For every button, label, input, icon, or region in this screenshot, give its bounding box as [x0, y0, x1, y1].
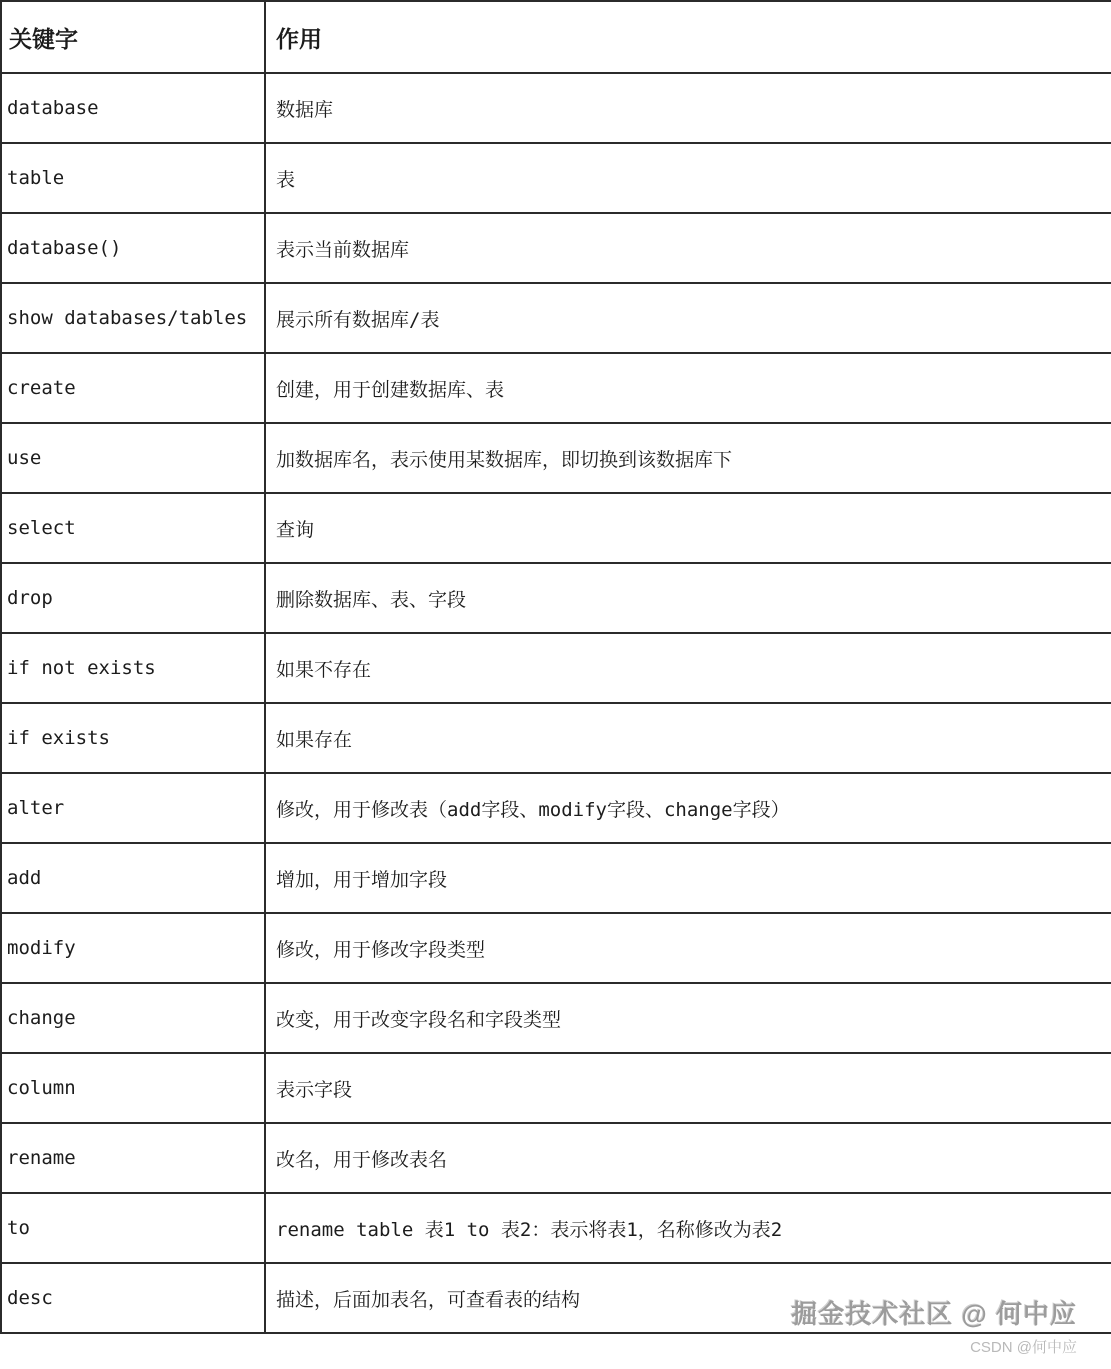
usage-cell: 改变，用于改变字段名和字段类型	[265, 983, 1111, 1053]
table-row: modify修改，用于修改字段类型	[1, 913, 1111, 983]
table-row: drop删除数据库、表、字段	[1, 563, 1111, 633]
table-row: change改变，用于改变字段名和字段类型	[1, 983, 1111, 1053]
table-body: database数据库table表database()表示当前数据库show d…	[1, 73, 1111, 1333]
keyword-cell: if exists	[1, 703, 265, 773]
keyword-cell: rename	[1, 1123, 265, 1193]
table-row: use加数据库名，表示使用某数据库，即切换到该数据库下	[1, 423, 1111, 493]
page: 关键字 作用 database数据库table表database()表示当前数据…	[0, 0, 1111, 1369]
keyword-cell: database	[1, 73, 265, 143]
keyword-cell: column	[1, 1053, 265, 1123]
usage-cell: 表示字段	[265, 1053, 1111, 1123]
keyword-cell: create	[1, 353, 265, 423]
keyword-cell: if not exists	[1, 633, 265, 703]
keyword-cell: modify	[1, 913, 265, 983]
usage-cell: 修改，用于修改字段类型	[265, 913, 1111, 983]
table-row: add增加，用于增加字段	[1, 843, 1111, 913]
usage-cell: 修改，用于修改表（add字段、modify字段、change字段）	[265, 773, 1111, 843]
keyword-cell: add	[1, 843, 265, 913]
table-row: show databases/tables展示所有数据库/表	[1, 283, 1111, 353]
usage-cell: 查询	[265, 493, 1111, 563]
keyword-cell: drop	[1, 563, 265, 633]
sql-keywords-table: 关键字 作用 database数据库table表database()表示当前数据…	[0, 0, 1111, 1334]
table-row: if exists如果存在	[1, 703, 1111, 773]
usage-cell: 创建，用于创建数据库、表	[265, 353, 1111, 423]
keyword-cell: table	[1, 143, 265, 213]
keyword-cell: select	[1, 493, 265, 563]
table-row: table表	[1, 143, 1111, 213]
usage-cell: 如果不存在	[265, 633, 1111, 703]
header-usage: 作用	[265, 1, 1111, 73]
usage-cell: 加数据库名，表示使用某数据库，即切换到该数据库下	[265, 423, 1111, 493]
keyword-cell: to	[1, 1193, 265, 1263]
table-row: if not exists如果不存在	[1, 633, 1111, 703]
usage-cell: 展示所有数据库/表	[265, 283, 1111, 353]
watermark-csdn: CSDN @何中应	[791, 1336, 1077, 1357]
table-row: torename table 表1 to 表2：表示将表1，名称修改为表2	[1, 1193, 1111, 1263]
usage-cell: 数据库	[265, 73, 1111, 143]
usage-cell: 描述，后面加表名，可查看表的结构	[265, 1263, 1111, 1333]
usage-cell: 如果存在	[265, 703, 1111, 773]
usage-cell: 删除数据库、表、字段	[265, 563, 1111, 633]
table-row: alter修改，用于修改表（add字段、modify字段、change字段）	[1, 773, 1111, 843]
usage-cell: 改名，用于修改表名	[265, 1123, 1111, 1193]
table-row: create创建，用于创建数据库、表	[1, 353, 1111, 423]
table-row: column表示字段	[1, 1053, 1111, 1123]
header-row: 关键字 作用	[1, 1, 1111, 73]
usage-cell: 表示当前数据库	[265, 213, 1111, 283]
table-row: database()表示当前数据库	[1, 213, 1111, 283]
table-row: rename改名，用于修改表名	[1, 1123, 1111, 1193]
table-row: database数据库	[1, 73, 1111, 143]
keyword-cell: show databases/tables	[1, 283, 265, 353]
keyword-cell: change	[1, 983, 265, 1053]
usage-cell: 增加，用于增加字段	[265, 843, 1111, 913]
usage-cell: rename table 表1 to 表2：表示将表1，名称修改为表2	[265, 1193, 1111, 1263]
table-row: select查询	[1, 493, 1111, 563]
keyword-cell: desc	[1, 1263, 265, 1333]
keyword-cell: alter	[1, 773, 265, 843]
table-row: desc描述，后面加表名，可查看表的结构	[1, 1263, 1111, 1333]
header-keyword: 关键字	[1, 1, 265, 73]
keyword-cell: database()	[1, 213, 265, 283]
keyword-cell: use	[1, 423, 265, 493]
usage-cell: 表	[265, 143, 1111, 213]
